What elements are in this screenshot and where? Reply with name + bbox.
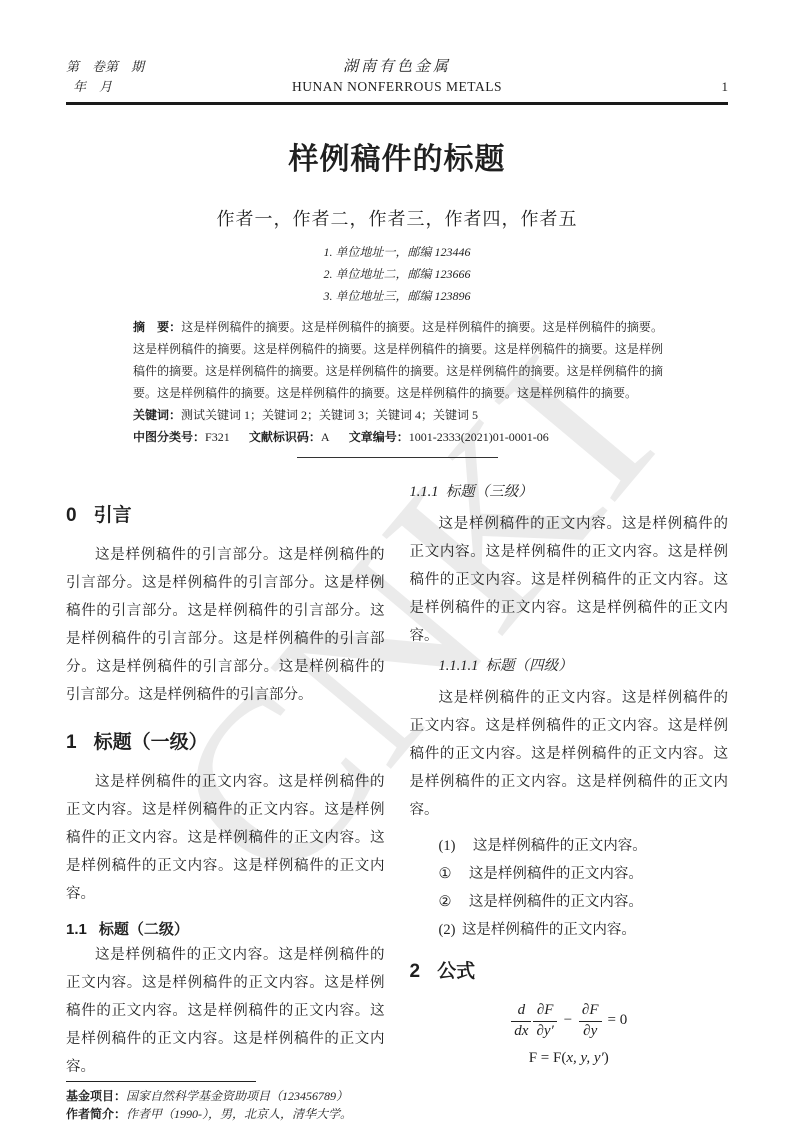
fraction-numerator: ∂F — [533, 1003, 556, 1022]
heading-level4: 1.1.1.1标题（四级） — [410, 654, 729, 678]
list-item: ①这是样例稿件的正文内容。 — [410, 860, 729, 888]
bio-text: 作者甲（1990-），男，北京人，清华大学。 — [126, 1107, 352, 1121]
journal-title-en: HUNAN NONFERROUS METALS — [236, 77, 558, 97]
left-column: 0引言 这是样例稿件的引言部分。这是样例稿件的引言部分。这是样例稿件的引言部分。… — [66, 478, 385, 1060]
fund-label: 基金项目： — [66, 1089, 126, 1103]
heading-text: 标题（一级） — [94, 732, 208, 753]
article-id-value: 1001-2333(2021)01-0001-06 — [409, 430, 549, 444]
equation-rhs: = 0 — [608, 1012, 628, 1028]
fund-text: 国家自然科学基金资助项目（123456789） — [126, 1089, 348, 1103]
equation-text: ) — [604, 1050, 609, 1066]
journal-title-block: 湖南有色金属 HUNAN NONFERROUS METALS — [236, 57, 558, 97]
heading-number: 2 — [410, 961, 421, 982]
heading-introduction: 0引言 — [66, 500, 385, 527]
affiliation-item: 1. 单位地址一，邮编 123446 — [0, 241, 794, 263]
meta-line: 中图分类号：F321文献标识码：A文章编号：1001-2333(2021)01-… — [133, 426, 663, 448]
list-item: ②这是样例稿件的正文内容。 — [410, 888, 729, 916]
heading-text: 标题（四级） — [486, 658, 573, 674]
keywords-line: 关键词：测试关键词 1；关键词 2；关键词 3；关键词 4；关键词 5 — [133, 404, 663, 426]
right-column: 1.1.1标题（三级） 这是样例稿件的正文内容。这是样例稿件的正文内容。这是样例… — [410, 478, 729, 1060]
page-number: 1 — [558, 57, 728, 97]
fraction: ∂F∂y — [579, 1003, 602, 1040]
list-item: (1)这是样例稿件的正文内容。 — [410, 832, 729, 860]
author-list: 作者一，作者二，作者三，作者四，作者五 — [0, 205, 794, 231]
affiliation-item: 2. 单位地址二，邮编 123666 — [0, 263, 794, 285]
heading-level1: 1标题（一级） — [66, 727, 385, 754]
abstract-label: 摘 要： — [133, 320, 181, 334]
volume-issue-line: 第 卷第 期 — [66, 57, 236, 77]
heading-number: 0 — [66, 505, 77, 526]
body-paragraph: 这是样例稿件的正文内容。这是样例稿件的正文内容。这是样例稿件的正文内容。这是样例… — [410, 510, 729, 650]
abstract-paragraph: 摘 要：这是样例稿件的摘要。这是样例稿件的摘要。这是样例稿件的摘要。这是样例稿件… — [133, 316, 663, 404]
heading-text: 公式 — [437, 961, 475, 982]
equation-function-def: F = F(x, y, y′) — [410, 1050, 729, 1067]
heading-level2: 1.1标题（二级） — [66, 918, 385, 939]
list-text: 这是样例稿件的正文内容。 — [473, 838, 647, 854]
heading-number: 1.1 — [66, 921, 87, 938]
fraction: ddx — [511, 1003, 531, 1040]
fraction-numerator: d — [511, 1003, 531, 1022]
heading-number: 1.1.1 — [410, 484, 439, 500]
footnote-rule — [66, 1081, 256, 1082]
journal-header: 第 卷第 期 年 月 湖南有色金属 HUNAN NONFERROUS METAL… — [66, 57, 728, 105]
list-item: (2)这是样例稿件的正文内容。 — [410, 916, 729, 944]
heading-text: 标题（三级） — [446, 484, 533, 500]
header-issue-block: 第 卷第 期 年 月 — [66, 57, 236, 97]
fund-line: 基金项目：国家自然科学基金资助项目（123456789） — [66, 1088, 385, 1106]
article-id-label: 文章编号： — [349, 430, 409, 444]
bio-label: 作者简介： — [66, 1107, 126, 1121]
document-page: CNKI 第 卷第 期 年 月 湖南有色金属 HUNAN NONFERROUS … — [0, 0, 794, 1123]
equation-variables: x, y, y′ — [566, 1050, 603, 1066]
fraction-denominator: ∂y — [579, 1022, 602, 1040]
keywords-text: 测试关键词 1；关键词 2；关键词 3；关键词 4；关键词 5 — [181, 408, 478, 422]
fraction-denominator: dx — [511, 1022, 531, 1040]
heading-number: 1.1.1.1 — [439, 658, 479, 674]
affiliation-item: 3. 单位地址三，邮编 123896 — [0, 285, 794, 307]
list-text: 这是样例稿件的正文内容。 — [469, 894, 643, 910]
heading-level3: 1.1.1标题（三级） — [410, 480, 729, 504]
list-text: 这是样例稿件的正文内容。 — [462, 922, 636, 938]
footnote-block: 基金项目：国家自然科学基金资助项目（123456789） 作者简介：作者甲（19… — [66, 1081, 385, 1123]
two-column-body: 0引言 这是样例稿件的引言部分。这是样例稿件的引言部分。这是样例稿件的引言部分。… — [66, 478, 728, 1060]
body-paragraph: 这是样例稿件的正文内容。这是样例稿件的正文内容。这是样例稿件的正文内容。这是样例… — [66, 941, 385, 1081]
bio-line: 作者简介：作者甲（1990-），男，北京人，清华大学。 — [66, 1106, 385, 1123]
heading-number: 1 — [66, 732, 77, 753]
clc-value: F321 — [205, 430, 230, 444]
section-divider-rule — [297, 457, 498, 458]
keywords-label: 关键词： — [133, 408, 181, 422]
body-paragraph: 这是样例稿件的正文内容。这是样例稿件的正文内容。这是样例稿件的正文内容。这是样例… — [410, 684, 729, 824]
numbered-list: (1)这是样例稿件的正文内容。 ①这是样例稿件的正文内容。 ②这是样例稿件的正文… — [410, 832, 729, 944]
abstract-block: 摘 要：这是样例稿件的摘要。这是样例稿件的摘要。这是样例稿件的摘要。这是样例稿件… — [133, 316, 663, 448]
journal-title-cn: 湖南有色金属 — [236, 57, 558, 77]
equation-euler-lagrange: ddx∂F∂y′−∂F∂y= 0 — [410, 1003, 729, 1040]
body-paragraph: 这是样例稿件的正文内容。这是样例稿件的正文内容。这是样例稿件的正文内容。这是样例… — [66, 768, 385, 908]
list-marker: (2) — [439, 922, 456, 938]
affiliation-list: 1. 单位地址一，邮编 123446 2. 单位地址二，邮编 123666 3.… — [0, 241, 794, 307]
fraction: ∂F∂y′ — [533, 1003, 556, 1040]
fraction-numerator: ∂F — [579, 1003, 602, 1022]
intro-paragraph: 这是样例稿件的引言部分。这是样例稿件的引言部分。这是样例稿件的引言部分。这是样例… — [66, 541, 385, 709]
doc-code-value: A — [321, 430, 330, 444]
list-marker: ① — [439, 866, 452, 882]
list-text: 这是样例稿件的正文内容。 — [469, 866, 643, 882]
issue-date-line: 年 月 — [66, 77, 236, 97]
heading-text: 引言 — [94, 505, 132, 526]
list-marker: ② — [439, 894, 452, 910]
fraction-denominator: ∂y′ — [533, 1022, 556, 1040]
heading-formula: 2公式 — [410, 956, 729, 983]
doc-code-label: 文献标识码： — [249, 430, 321, 444]
heading-text: 标题（二级） — [99, 921, 189, 938]
clc-label: 中图分类号： — [133, 430, 205, 444]
minus-operator: − — [563, 1012, 573, 1028]
equation-text: F = F( — [529, 1050, 567, 1066]
article-title: 样例稿件的标题 — [0, 134, 794, 178]
abstract-text: 这是样例稿件的摘要。这是样例稿件的摘要。这是样例稿件的摘要。这是样例稿件的摘要。… — [133, 320, 663, 400]
list-marker: (1) — [439, 838, 456, 854]
